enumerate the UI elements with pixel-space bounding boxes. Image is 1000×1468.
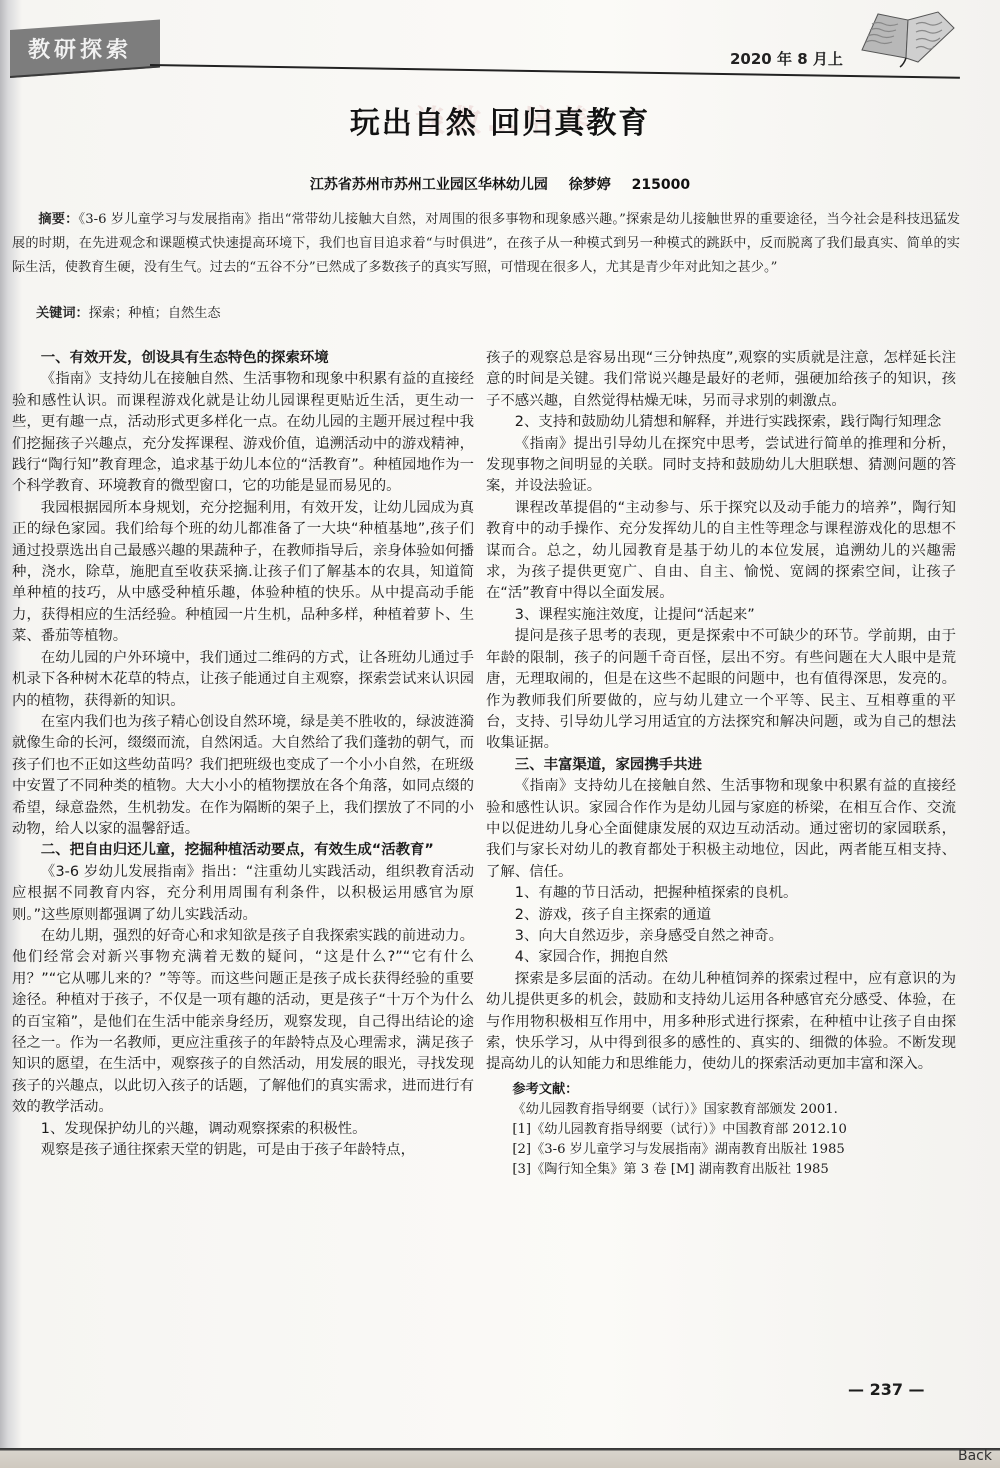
subheading-item-2: 2、支持和鼓励幼儿猜想和解释，并进行实践探索，践行陶行知理念	[486, 412, 956, 433]
abstract: 摘要：《3-6 岁儿童学习与发展指南》指出“常带幼儿接触大自然，对周围的很多事物…	[12, 208, 960, 280]
paragraph: 观察是孩子通往探索天堂的钥匙，可是由于孩子年龄特点，	[12, 1140, 474, 1161]
paragraph: 探索是多层面的活动。在幼儿种植饲养的探索过程中，应有意识的为幼儿提供更多的机会，…	[486, 969, 956, 1076]
paragraph: 提问是孩子思考的表现，更是探索中不可缺少的环节。学前期，由于年龄的限制，孩子的问…	[486, 626, 956, 754]
back-label: Back	[958, 1448, 992, 1464]
abstract-text: 《3-6 岁儿童学习与发展指南》指出“常带幼儿接触大自然，对周围的很多事物和现象…	[12, 212, 960, 275]
keywords-label: 关键词：	[36, 306, 89, 321]
postal-code: 215000	[632, 177, 690, 193]
page-edge-strip	[0, 1448, 1000, 1468]
abstract-label: 摘要：	[38, 212, 78, 227]
paragraph: 我园根据园所本身规划，充分挖掘利用，有效开发，让幼儿园成为真正的绿色家园。我们给…	[12, 498, 474, 648]
subheading-item-1: 1、发现保护幼儿的兴趣，调动观察探索的积极性。	[12, 1119, 474, 1140]
section-heading-3: 三、丰富渠道，家园携手共进	[486, 755, 956, 776]
paragraph: 《指南》支持幼儿在接触自然、生活事物和现象中积累有益的直接经验和感性认识。而课程…	[12, 369, 474, 497]
subheading-item-3: 3、课程实施注效度，让提问“活起来”	[486, 605, 956, 626]
keywords: 关键词：探索；种植；自然生态	[36, 302, 221, 321]
journal-page: 教研探索 2020 年 8 月上 谈数…培养 玩出自然 回归真教育 江苏省苏州市…	[0, 0, 1000, 1468]
paragraph: 《指南》提出引导幼儿在探究中思考，尝试进行简单的推理和分析，发现事物之间明显的关…	[486, 434, 956, 498]
column-tag: 教研探索	[10, 20, 160, 78]
list-item: 2、游戏，孩子自主探索的通道	[486, 905, 956, 926]
right-column: 孩子的观察总是容易出现“三分钟热度”,观察的实质就是注意，怎样延长注意的时间是关…	[486, 348, 956, 1180]
paragraph: 课程改革提倡的“主动参与、乐于探究以及动手能力的培养”，陶行知教育中的动手操作、…	[486, 498, 956, 605]
paragraph: 孩子的观察总是容易出现“三分钟热度”,观察的实质就是注意，怎样延长注意的时间是关…	[486, 348, 956, 412]
references: 参考文献： 《幼儿园教育指导纲要（试行）》国家教育部颁发 2001. [1]《幼…	[486, 1080, 956, 1180]
paragraph: 在幼儿园的户外环境中，我们通过二维码的方式，让各班幼儿通过手机录下各种树木花草的…	[12, 648, 474, 712]
reference-item: 《幼儿园教育指导纲要（试行）》国家教育部颁发 2001.	[486, 1100, 956, 1120]
left-column: 一、有效开发，创设具有生态特色的探索环境 《指南》支持幼儿在接触自然、生活事物和…	[12, 348, 474, 1161]
paragraph: 《指南》支持幼儿在接触自然、生活事物和现象中积累有益的直接经验和感性认识。家园合…	[486, 776, 956, 883]
page-number: — 237 —	[848, 1380, 925, 1399]
paragraph: 在幼儿期，强烈的好奇心和求知欲是孩子自我探索实践的前进动力。他们经常会对新兴事物…	[12, 926, 474, 1119]
list-item: 1、有趣的节日活动，把握种植探索的良机。	[486, 883, 956, 904]
paragraph: 《3-6 岁幼儿发展指南》指出：“注重幼儿实践活动，组织教育活动应根据不同教育内…	[12, 862, 474, 926]
reference-item: [2]《3-6 岁儿童学习与发展指南》湖南教育出版社 1985	[486, 1140, 956, 1160]
keywords-text: 探索；种植；自然生态	[89, 306, 221, 321]
references-title: 参考文献：	[486, 1080, 956, 1100]
issue-date: 2020 年 8 月上	[730, 48, 843, 69]
author-name: 徐梦婷	[569, 177, 611, 193]
author-line: 江苏省苏州市苏州工业园区华林幼儿园 徐梦婷 215000	[200, 174, 800, 194]
paragraph: 在室内我们也为孩子精心创设自然环境，绿是美不胜收的，绿波涟漪就像生命的长河，缀缀…	[12, 712, 474, 840]
reference-item: [3]《陶行知全集》第 3 卷 [M] 湖南教育出版社 1985	[486, 1160, 956, 1180]
article-title: 玩出自然 回归真教育	[200, 98, 800, 142]
column-tag-label: 教研探索	[10, 25, 160, 64]
author-affiliation: 江苏省苏州市苏州工业园区华林幼儿园	[310, 177, 548, 193]
list-item: 3、向大自然迈步，亲身感受自然之神奇。	[486, 926, 956, 947]
list-item: 4、家园合作，拥抱自然	[486, 947, 956, 968]
reference-item: [1]《幼儿园教育指导纲要（试行）》中国教育部 2012.10	[486, 1120, 956, 1140]
section-heading-2: 二、把自由归还儿童，挖掘种植活动要点，有效生成“活教育”	[12, 840, 474, 861]
open-book-icon	[858, 6, 958, 68]
section-heading-1: 一、有效开发，创设具有生态特色的探索环境	[12, 348, 474, 369]
